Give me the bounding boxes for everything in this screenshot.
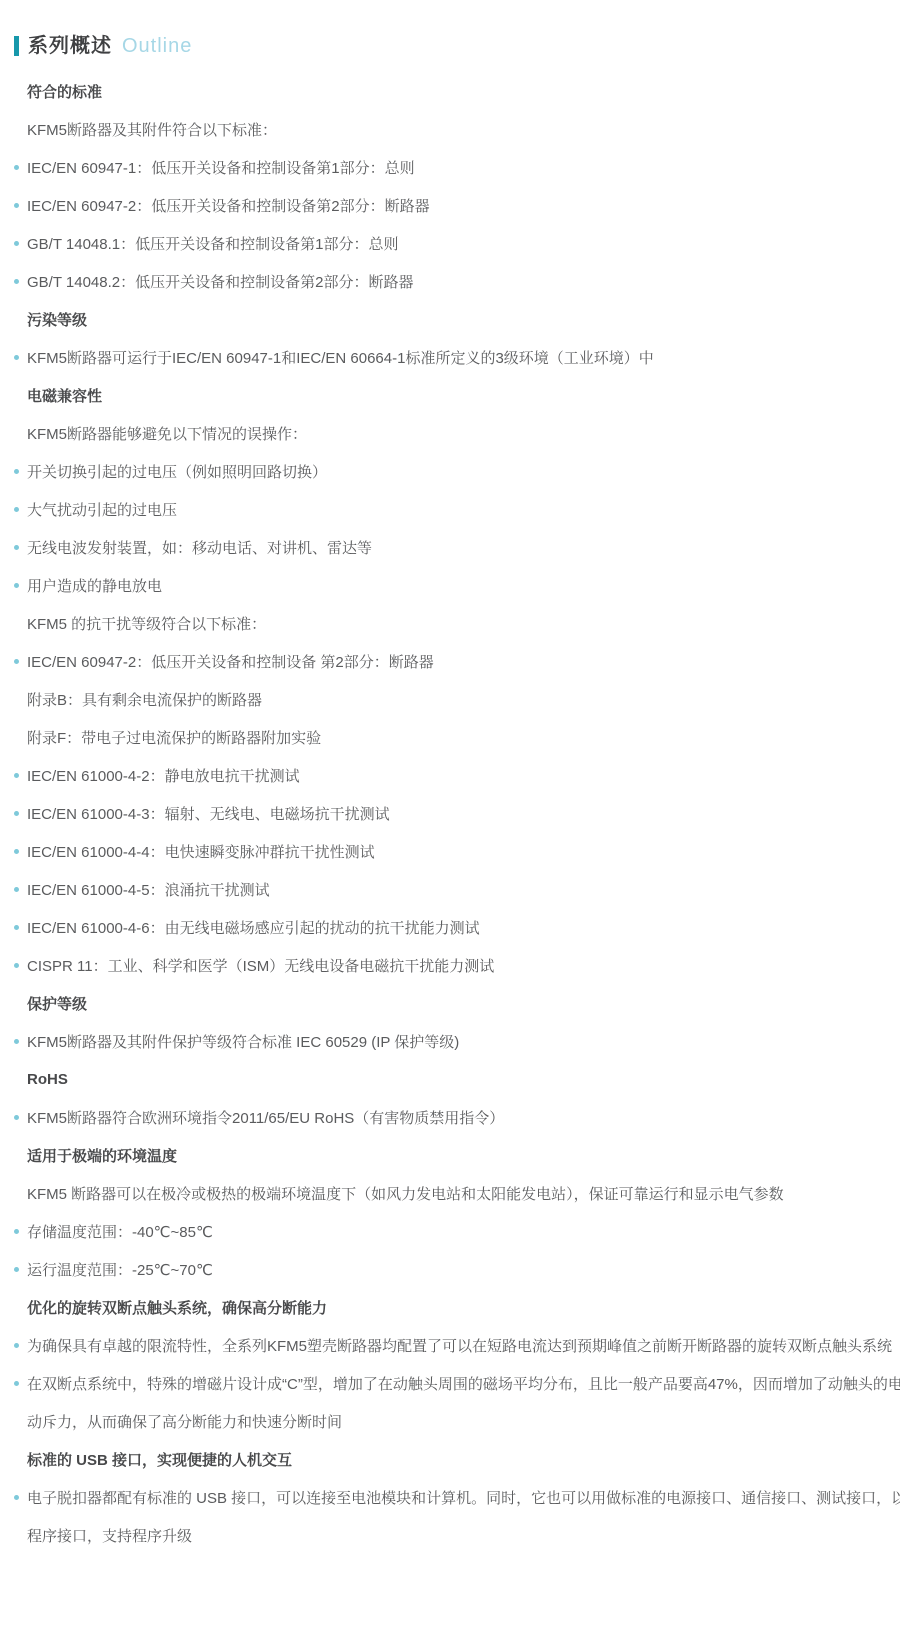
bullet-icon (14, 279, 19, 284)
content-line-bullet: GB/T 14048.2：低压开关设备和控制设备第2部分：断路器 (14, 262, 886, 300)
line-text: 附录F：带电子过电流保护的断路器附加实验 (27, 727, 321, 748)
content-line-heading: 电磁兼容性 (14, 376, 886, 414)
content-line-bullet: KFM5断路器及其附件保护等级符合标准 IEC 60529 (IP 保护等级) (14, 1022, 886, 1060)
content-line-bullet: GB/T 14048.1：低压开关设备和控制设备第1部分：总则 (14, 224, 886, 262)
content-line-bullet: IEC/EN 60947-2：低压开关设备和控制设备 第2部分：断路器 (14, 642, 886, 680)
content-line-bullet: 开关切换引起的过电压（例如照明回路切换） (14, 452, 886, 490)
line-text: KFM5断路器能够避免以下情况的误操作： (27, 423, 307, 444)
section-header: 系列概述 Outline (14, 33, 886, 59)
line-text: 标准的 USB 接口，实现便捷的人机交互 (27, 1449, 292, 1470)
content-line-heading: 标准的 USB 接口，实现便捷的人机交互 (14, 1440, 886, 1478)
line-text: 符合的标准 (27, 81, 102, 102)
content-line-bullet: 运行温度范围：-25℃~70℃ (14, 1250, 886, 1288)
line-text: 电磁兼容性 (27, 385, 102, 406)
content-line-bullet: IEC/EN 61000-4-6：由无线电磁场感应引起的扰动的抗干扰能力测试 (14, 908, 886, 946)
bullet-icon (14, 1495, 19, 1500)
line-text: 无线电波发射装置，如：移动电话、对讲机、雷达等 (27, 537, 372, 558)
bullet-icon (14, 1039, 19, 1044)
page-title: 系列概述 (28, 33, 112, 59)
line-text: KFM5断路器及其附件符合以下标准： (27, 119, 277, 140)
bullet-icon (14, 469, 19, 474)
content-line-bullet: 用户造成的静电放电 (14, 566, 886, 604)
content-line-text: KFM5断路器能够避免以下情况的误操作： (14, 414, 886, 452)
content-line-bullet: CISPR 11：工业、科学和医学（ISM）无线电设备电磁抗干扰能力测试 (14, 946, 886, 984)
title-accent-bar (14, 36, 19, 56)
line-text: 用户造成的静电放电 (27, 575, 162, 596)
content-line-heading: RoHS (14, 1060, 886, 1098)
content-body: 符合的标准 KFM5断路器及其附件符合以下标准： IEC/EN 60947-1：… (14, 72, 886, 1554)
bullet-icon (14, 773, 19, 778)
content-line-bullet: IEC/EN 60947-2：低压开关设备和控制设备第2部分：断路器 (14, 186, 886, 224)
line-text: IEC/EN 61000-4-3：辐射、无线电、电磁场抗干扰测试 (27, 803, 390, 824)
document-page: 系列概述 Outline 符合的标准 KFM5断路器及其附件符合以下标准： IE… (0, 0, 900, 1651)
content-line-text: 附录B：具有剩余电流保护的断路器 (14, 680, 886, 718)
content-line-bullet: KFM5断路器可运行于IEC/EN 60947-1和IEC/EN 60664-1… (14, 338, 886, 376)
content-line-bullet: IEC/EN 61000-4-5：浪涌抗干扰测试 (14, 870, 886, 908)
line-text: IEC/EN 60947-2：低压开关设备和控制设备第2部分：断路器 (27, 195, 430, 216)
bullet-icon (14, 887, 19, 892)
line-text: IEC/EN 60947-2：低压开关设备和控制设备 第2部分：断路器 (27, 651, 434, 672)
content-line-text: KFM5 的抗干扰等级符合以下标准： (14, 604, 886, 642)
bullet-icon (14, 165, 19, 170)
bullet-icon (14, 1343, 19, 1348)
line-text: 保护等级 (27, 993, 87, 1014)
bullet-icon (14, 1229, 19, 1234)
bullet-icon (14, 1115, 19, 1120)
bullet-icon (14, 203, 19, 208)
content-line-text: KFM5 断路器可以在极冷或极热的极端环境温度下（如风力发电站和太阳能发电站），… (14, 1174, 886, 1212)
bullet-icon (14, 507, 19, 512)
line-text: CISPR 11：工业、科学和医学（ISM）无线电设备电磁抗干扰能力测试 (27, 955, 494, 976)
content-line-bullet: 无线电波发射装置，如：移动电话、对讲机、雷达等 (14, 528, 886, 566)
line-text: 优化的旋转双断点触头系统，确保高分断能力 (27, 1297, 327, 1318)
line-text: 电子脱扣器都配有标准的 USB 接口，可以连接至电池模块和计算机。同时，它也可以… (27, 1487, 900, 1508)
bullet-icon (14, 583, 19, 588)
content-line-bullet: 电子脱扣器都配有标准的 USB 接口，可以连接至电池模块和计算机。同时，它也可以… (14, 1478, 886, 1516)
line-text: IEC/EN 61000-4-6：由无线电磁场感应引起的扰动的抗干扰能力测试 (27, 917, 480, 938)
line-text: 在双断点系统中，特殊的增磁片设计成“C”型，增加了在动触头周围的磁场平均分布，且… (27, 1373, 900, 1394)
content-line-heading: 污染等级 (14, 300, 886, 338)
line-text: 附录B：具有剩余电流保护的断路器 (27, 689, 262, 710)
line-text: 运行温度范围：-25℃~70℃ (27, 1259, 213, 1280)
content-line-heading: 符合的标准 (14, 72, 886, 110)
line-text: KFM5断路器符合欧洲环境指令2011/65/EU RoHS（有害物质禁用指令） (27, 1107, 504, 1128)
content-line-bullet: KFM5断路器符合欧洲环境指令2011/65/EU RoHS（有害物质禁用指令） (14, 1098, 886, 1136)
line-text: 开关切换引起的过电压（例如照明回路切换） (27, 461, 327, 482)
line-text: 大气扰动引起的过电压 (27, 499, 177, 520)
content-line-heading: 适用于极端的环境温度 (14, 1136, 886, 1174)
bullet-icon (14, 659, 19, 664)
content-line-continuation: 动斥力，从而确保了高分断能力和快速分断时间 (14, 1402, 886, 1440)
line-text: IEC/EN 61000-4-5：浪涌抗干扰测试 (27, 879, 270, 900)
content-line-text: 附录F：带电子过电流保护的断路器附加实验 (14, 718, 886, 756)
line-text: 动斥力，从而确保了高分断能力和快速分断时间 (27, 1411, 342, 1432)
content-line-bullet: IEC/EN 60947-1：低压开关设备和控制设备第1部分：总则 (14, 148, 886, 186)
content-line-bullet: 存储温度范围：-40℃~85℃ (14, 1212, 886, 1250)
content-line-bullet: 为确保具有卓越的限流特性，全系列KFM5塑壳断路器均配置了可以在短路电流达到预期… (14, 1326, 886, 1364)
bullet-icon (14, 241, 19, 246)
content-line-bullet: IEC/EN 61000-4-3：辐射、无线电、电磁场抗干扰测试 (14, 794, 886, 832)
line-text: KFM5 的抗干扰等级符合以下标准： (27, 613, 266, 634)
content-line-bullet: IEC/EN 61000-4-2：静电放电抗干扰测试 (14, 756, 886, 794)
line-text: 程序接口，支持程序升级 (27, 1525, 192, 1546)
line-text: GB/T 14048.1：低压开关设备和控制设备第1部分：总则 (27, 233, 398, 254)
content-line-bullet: 大气扰动引起的过电压 (14, 490, 886, 528)
line-text: IEC/EN 61000-4-2：静电放电抗干扰测试 (27, 765, 300, 786)
line-text: 适用于极端的环境温度 (27, 1145, 177, 1166)
bullet-icon (14, 925, 19, 930)
line-text: KFM5 断路器可以在极冷或极热的极端环境温度下（如风力发电站和太阳能发电站），… (27, 1183, 784, 1204)
bullet-icon (14, 963, 19, 968)
line-text: KFM5断路器及其附件保护等级符合标准 IEC 60529 (IP 保护等级) (27, 1031, 459, 1052)
content-line-bullet: IEC/EN 61000-4-4：电快速瞬变脉冲群抗干扰性测试 (14, 832, 886, 870)
line-text: 污染等级 (27, 309, 87, 330)
line-text: 存储温度范围：-40℃~85℃ (27, 1221, 213, 1242)
line-text: IEC/EN 60947-1：低压开关设备和控制设备第1部分：总则 (27, 157, 415, 178)
bullet-icon (14, 355, 19, 360)
bullet-icon (14, 545, 19, 550)
line-text: 为确保具有卓越的限流特性，全系列KFM5塑壳断路器均配置了可以在短路电流达到预期… (27, 1335, 892, 1356)
content-line-bullet: 在双断点系统中，特殊的增磁片设计成“C”型，增加了在动触头周围的磁场平均分布，且… (14, 1364, 886, 1402)
bullet-icon (14, 1381, 19, 1386)
bullet-icon (14, 849, 19, 854)
content-line-continuation: 程序接口，支持程序升级 (14, 1516, 886, 1554)
line-text: GB/T 14048.2：低压开关设备和控制设备第2部分：断路器 (27, 271, 413, 292)
content-line-heading: 优化的旋转双断点触头系统，确保高分断能力 (14, 1288, 886, 1326)
line-text: IEC/EN 61000-4-4：电快速瞬变脉冲群抗干扰性测试 (27, 841, 375, 862)
page-subtitle: Outline (122, 33, 192, 59)
line-text: RoHS (27, 1071, 68, 1088)
bullet-icon (14, 811, 19, 816)
content-line-text: KFM5断路器及其附件符合以下标准： (14, 110, 886, 148)
bullet-icon (14, 1267, 19, 1272)
line-text: KFM5断路器可运行于IEC/EN 60947-1和IEC/EN 60664-1… (27, 347, 654, 368)
content-line-heading: 保护等级 (14, 984, 886, 1022)
